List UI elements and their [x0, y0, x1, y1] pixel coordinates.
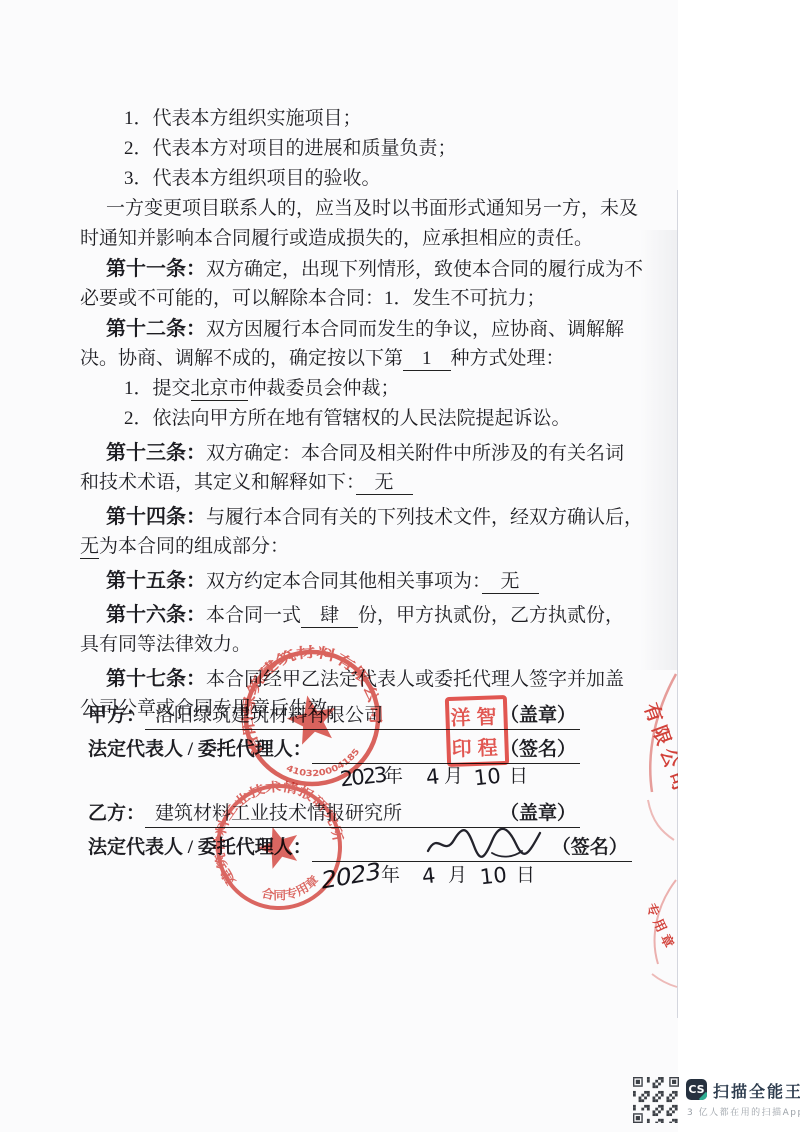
scanner-watermark: CS 扫描全能王 3 亿人都在用的扫描App	[630, 1072, 790, 1128]
contract-line: 2．代表本方对项目的进展和质量负责；	[80, 134, 640, 164]
edge-partial-stamp-lower: 专用章	[632, 876, 678, 988]
text-segment: 双方因履行本合同而发生的争议，应协商、调解解	[206, 319, 624, 340]
party-b-sign-note: （签名）	[552, 833, 630, 861]
text-segment: 具有同等法律效力。	[80, 634, 251, 655]
party-a-sign-note: （签名）	[500, 735, 578, 763]
contract-line: 决。协商、调解不成的，确定按以下第 1 种方式处理：	[80, 344, 640, 374]
text-segment: 1．代表本方组织实施项目；	[124, 108, 362, 129]
text-segment: 第十四条：	[106, 506, 206, 528]
handwritten-signature	[422, 825, 552, 863]
camscanner-logo-icon: CS	[686, 1079, 707, 1100]
text-segment: 本合同一式	[206, 605, 301, 626]
svg-text:合同专用章: 合同专用章	[256, 868, 324, 911]
text-segment: 种方式处理：	[451, 348, 565, 369]
contract-line: 1．代表本方组织实施项目；	[80, 104, 640, 134]
scanned-contract-page: 1．代表本方组织实施项目；2．代表本方对项目的进展和质量负责；3．代表本方组织项…	[0, 0, 800, 1132]
text-segment: 无	[482, 571, 539, 594]
contract-line: 第十三条：双方确定：本合同及相关附件中所涉及的有关名词	[80, 438, 640, 468]
seal-star-icon	[253, 821, 305, 872]
day-unit: 日	[516, 862, 535, 890]
text-segment: 时通知并影响本合同履行或造成损失的，应承担相应的责任。	[80, 228, 593, 249]
contract-line: 第十二条：双方因履行本合同而发生的争议，应协商、调解解	[80, 314, 640, 344]
text-segment: 1	[403, 348, 451, 371]
text-segment: 和技术术语，其定义和解释如下：	[80, 472, 356, 493]
year-unit: 年	[381, 862, 400, 890]
day-unit: 日	[509, 763, 528, 791]
text-segment: 3．代表本方组织项目的验收。	[124, 168, 381, 189]
text-segment: 双方确定：本合同及相关附件中所涉及的有关名词	[206, 443, 624, 464]
text-segment: 第十三条：	[106, 442, 206, 464]
personal-name-seal: 洋智 印程	[445, 695, 509, 767]
contract-line: 无为本合同的组成部分：	[80, 532, 640, 562]
month-unit: 月	[448, 862, 467, 890]
seal-contract-use-text: 合同专用章	[256, 868, 324, 911]
text-segment: 无	[80, 536, 99, 559]
contract-line: 2．依法向甲方所在地有管辖权的人民法院提起诉讼。	[80, 404, 640, 434]
party-a-seal-note: （盖章）	[500, 701, 578, 729]
party-b-label: 乙方：	[88, 799, 145, 828]
contract-line: 第十六条：本合同一式 肆 份，甲方执贰份，乙方执贰份，	[80, 600, 640, 630]
text-segment: 无	[356, 472, 413, 495]
contract-line: 第十一条：双方确定，出现下列情形，致使本合同的履行成为不	[80, 254, 640, 284]
contract-line: 一方变更项目联系人的，应当及时以书面形式通知另一方，未及	[80, 194, 640, 224]
month-unit: 月	[444, 763, 463, 791]
text-segment: 决。协商、调解不成的，确定按以下第	[80, 348, 403, 369]
qr-code	[633, 1077, 679, 1123]
contract-line: 1．提交北京市仲裁委员会仲裁；	[80, 374, 640, 404]
text-segment: 第十二条：	[106, 318, 206, 340]
party-b-seal-note: （盖章）	[500, 799, 578, 827]
scan-background	[678, 0, 800, 1132]
text-segment: 为本合同的组成部分：	[99, 536, 289, 557]
seal-star-icon	[283, 690, 341, 746]
text-segment: 第十五条：	[106, 570, 206, 592]
name-seal-row2: 印程	[451, 731, 504, 762]
party-b-sign-line: （签名）	[312, 833, 632, 862]
name-seal-row1: 洋智	[450, 700, 503, 731]
text-segment: 必要或不可能的，可以解除本合同：1．发生不可抗力；	[80, 288, 546, 309]
contract-line: 第十四条：与履行本合同有关的下列技术文件，经双方确认后，	[80, 502, 640, 532]
party-a-day-handwritten: 10	[473, 762, 503, 793]
text-segment: 第十一条：	[106, 258, 206, 280]
contract-line: 必要或不可能的，可以解除本合同：1．发生不可抗力；	[80, 284, 640, 314]
paper-edge-shadow	[640, 230, 677, 670]
text-segment: 与履行本合同有关的下列技术文件，经双方确认后，	[206, 507, 643, 528]
text-segment: 1．提交	[124, 378, 191, 399]
text-segment: 第十六条：	[106, 604, 206, 626]
text-segment: 双方确定，出现下列情形，致使本合同的履行成为不	[206, 259, 643, 280]
edge-stamp-text: 专用章	[642, 901, 678, 954]
edge-stamp-text: 有限公司	[639, 700, 678, 798]
scanner-tagline: 3 亿人都在用的扫描App	[687, 1105, 800, 1118]
party-b-day-handwritten: 10	[479, 861, 509, 892]
text-segment: 仲裁委员会仲裁；	[248, 378, 400, 399]
contract-line: 3．代表本方组织项目的验收。	[80, 164, 640, 194]
text-segment: 北京市	[191, 378, 248, 401]
party-b-month-handwritten: 4	[421, 861, 437, 890]
text-segment: 2．代表本方对项目的进展和质量负责；	[124, 138, 457, 159]
party-a-month-handwritten: 4	[425, 762, 441, 791]
scanner-app-name: 扫描全能王	[713, 1079, 800, 1102]
text-segment: 一方变更项目联系人的，应当及时以书面形式通知另一方，未及	[106, 198, 638, 219]
party-a-label: 甲方：	[88, 701, 145, 730]
contract-line: 时通知并影响本合同履行或造成损失的，应承担相应的责任。	[80, 224, 640, 254]
text-segment: 第十七条：	[106, 668, 206, 690]
text-segment: 肆	[301, 605, 358, 628]
contract-line: 和技术术语，其定义和解释如下： 无	[80, 468, 640, 498]
contract-line: 第十五条：双方约定本合同其他相关事项为： 无	[80, 566, 640, 596]
text-segment: 双方约定本合同其他相关事项为：	[206, 571, 482, 592]
text-segment: 2．依法向甲方所在地有管辖权的人民法院提起诉讼。	[124, 408, 571, 429]
text-segment: 份，甲方执贰份，乙方执贰份，	[358, 605, 624, 626]
